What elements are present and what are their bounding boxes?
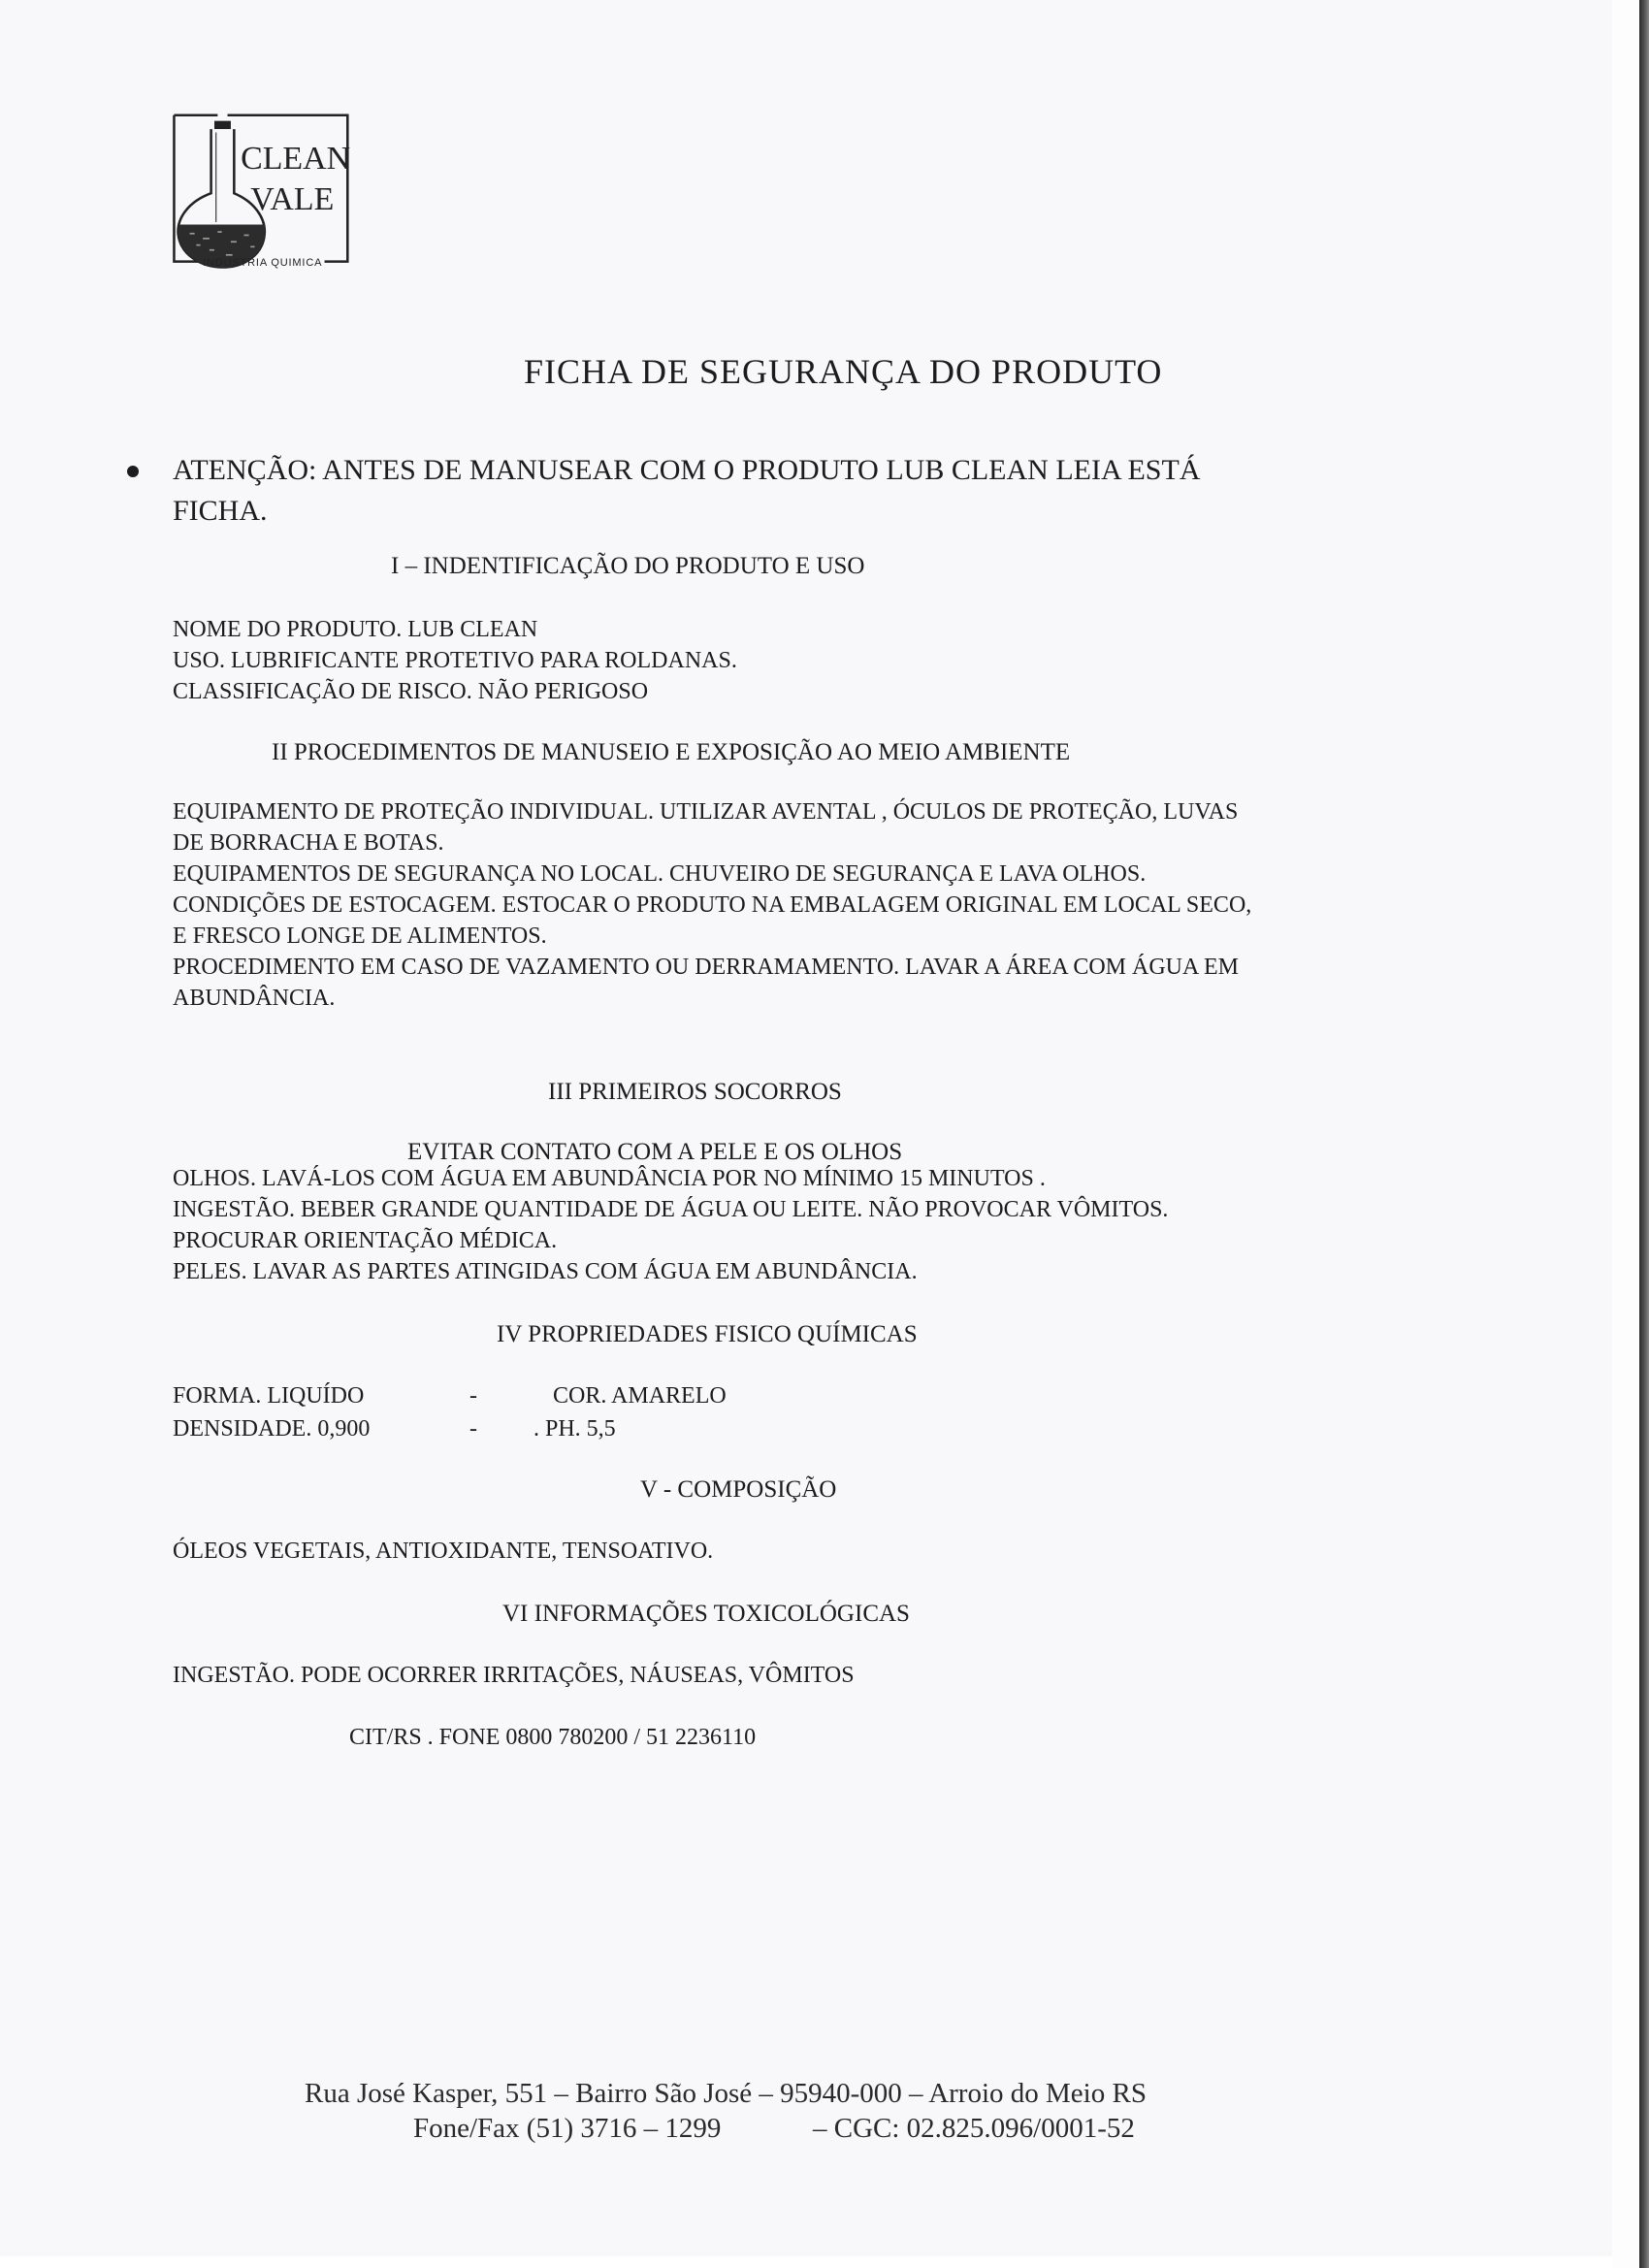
- scan-bottom-margin: [0, 2256, 1612, 2268]
- svg-text:CLEAN: CLEAN: [241, 141, 350, 177]
- property-label-density: DENSIDADE. 0,900: [173, 1416, 370, 1442]
- svg-text:VALE: VALE: [250, 181, 334, 217]
- property-separator: -: [469, 1416, 477, 1442]
- section-heading-composition: V - COMPOSIÇÃO: [640, 1476, 836, 1504]
- property-label-ph: . PH. 5,5: [533, 1416, 616, 1442]
- bullet-icon: [127, 466, 139, 477]
- section-heading-toxicology: VI INFORMAÇÕES TOXICOLÓGICAS: [502, 1601, 910, 1628]
- body-line: EQUIPAMENTO DE PROTEÇÃO INDIVIDUAL. UTIL…: [173, 799, 1238, 826]
- emergency-contact: CIT/RS . FONE 0800 780200 / 51 2236110: [349, 1725, 756, 1751]
- body-line: INGESTÃO. BEBER GRANDE QUANTIDADE DE ÁGU…: [173, 1197, 1168, 1223]
- property-label-form: FORMA. LIQUÍDO: [173, 1383, 364, 1409]
- body-line: PROCEDIMENTO EM CASO DE VAZAMENTO OU DER…: [173, 955, 1239, 981]
- svg-text:INDUSTRIA QUIMICA: INDUSTRIA QUIMICA: [203, 257, 322, 269]
- scan-margin: [1612, 0, 1639, 2268]
- body-line: OLHOS. LAVÁ-LOS COM ÁGUA EM ABUNDÂNCIA P…: [173, 1166, 1046, 1192]
- attention-notice: ATENÇÃO: ANTES DE MANUSEAR COM O PRODUTO…: [173, 450, 1434, 532]
- toxicology-text: INGESTÃO. PODE OCORRER IRRITAÇÕES, NÁUSE…: [173, 1663, 855, 1689]
- body-line: PELES. LAVAR AS PARTES ATINGIDAS COM ÁGU…: [173, 1259, 918, 1285]
- property-separator: -: [469, 1383, 477, 1409]
- attention-line-1: ATENÇÃO: ANTES DE MANUSEAR COM O PRODUTO…: [173, 450, 1434, 491]
- section-heading-handling: II PROCEDIMENTOS DE MANUSEIO E EXPOSIÇÃO…: [272, 739, 1070, 766]
- attention-line-2: FICHA.: [173, 491, 1434, 532]
- footer-cgc: – CGC: 02.825.096/0001-52: [813, 2113, 1135, 2145]
- page-title: FICHA DE SEGURANÇA DO PRODUTO: [524, 351, 1162, 392]
- body-line: DE BORRACHA E BOTAS.: [173, 830, 443, 857]
- section-heading-first-aid: III PRIMEIROS SOCORROS: [548, 1079, 842, 1106]
- scan-edge-shadow: [1639, 0, 1649, 2268]
- body-line: NOME DO PRODUTO. LUB CLEAN: [173, 617, 537, 643]
- flask-icon: CLEAN VALE INDUSTRIA QUIMICA: [160, 103, 366, 275]
- composition-text: ÓLEOS VEGETAIS, ANTIOXIDANTE, TENSOATIVO…: [173, 1539, 713, 1565]
- body-line: E FRESCO LONGE DE ALIMENTOS.: [173, 923, 547, 950]
- footer-address: Rua José Kasper, 551 – Bairro São José –…: [305, 2078, 1147, 2110]
- body-line: CLASSIFICAÇÃO DE RISCO. NÃO PERIGOSO: [173, 679, 648, 705]
- body-line: USO. LUBRIFICANTE PROTETIVO PARA ROLDANA…: [173, 648, 737, 674]
- document-page: [0, 0, 1612, 2256]
- section-heading-properties: IV PROPRIEDADES FISICO QUÍMICAS: [497, 1321, 918, 1348]
- first-aid-subheading: EVITAR CONTATO COM A PELE E OS OLHOS: [407, 1139, 902, 1166]
- body-line: CONDIÇÕES DE ESTOCAGEM. ESTOCAR O PRODUT…: [173, 892, 1251, 919]
- body-line: PROCURAR ORIENTAÇÃO MÉDICA.: [173, 1228, 557, 1254]
- section-heading-identification: I – INDENTIFICAÇÃO DO PRODUTO E USO: [391, 553, 864, 580]
- body-line: ABUNDÂNCIA.: [173, 986, 335, 1012]
- footer-phone: Fone/Fax (51) 3716 – 1299: [413, 2113, 721, 2145]
- property-label-color: COR. AMARELO: [553, 1383, 727, 1409]
- company-logo: CLEAN VALE INDUSTRIA QUIMICA: [160, 103, 366, 275]
- body-line: EQUIPAMENTOS DE SEGURANÇA NO LOCAL. CHUV…: [173, 861, 1146, 888]
